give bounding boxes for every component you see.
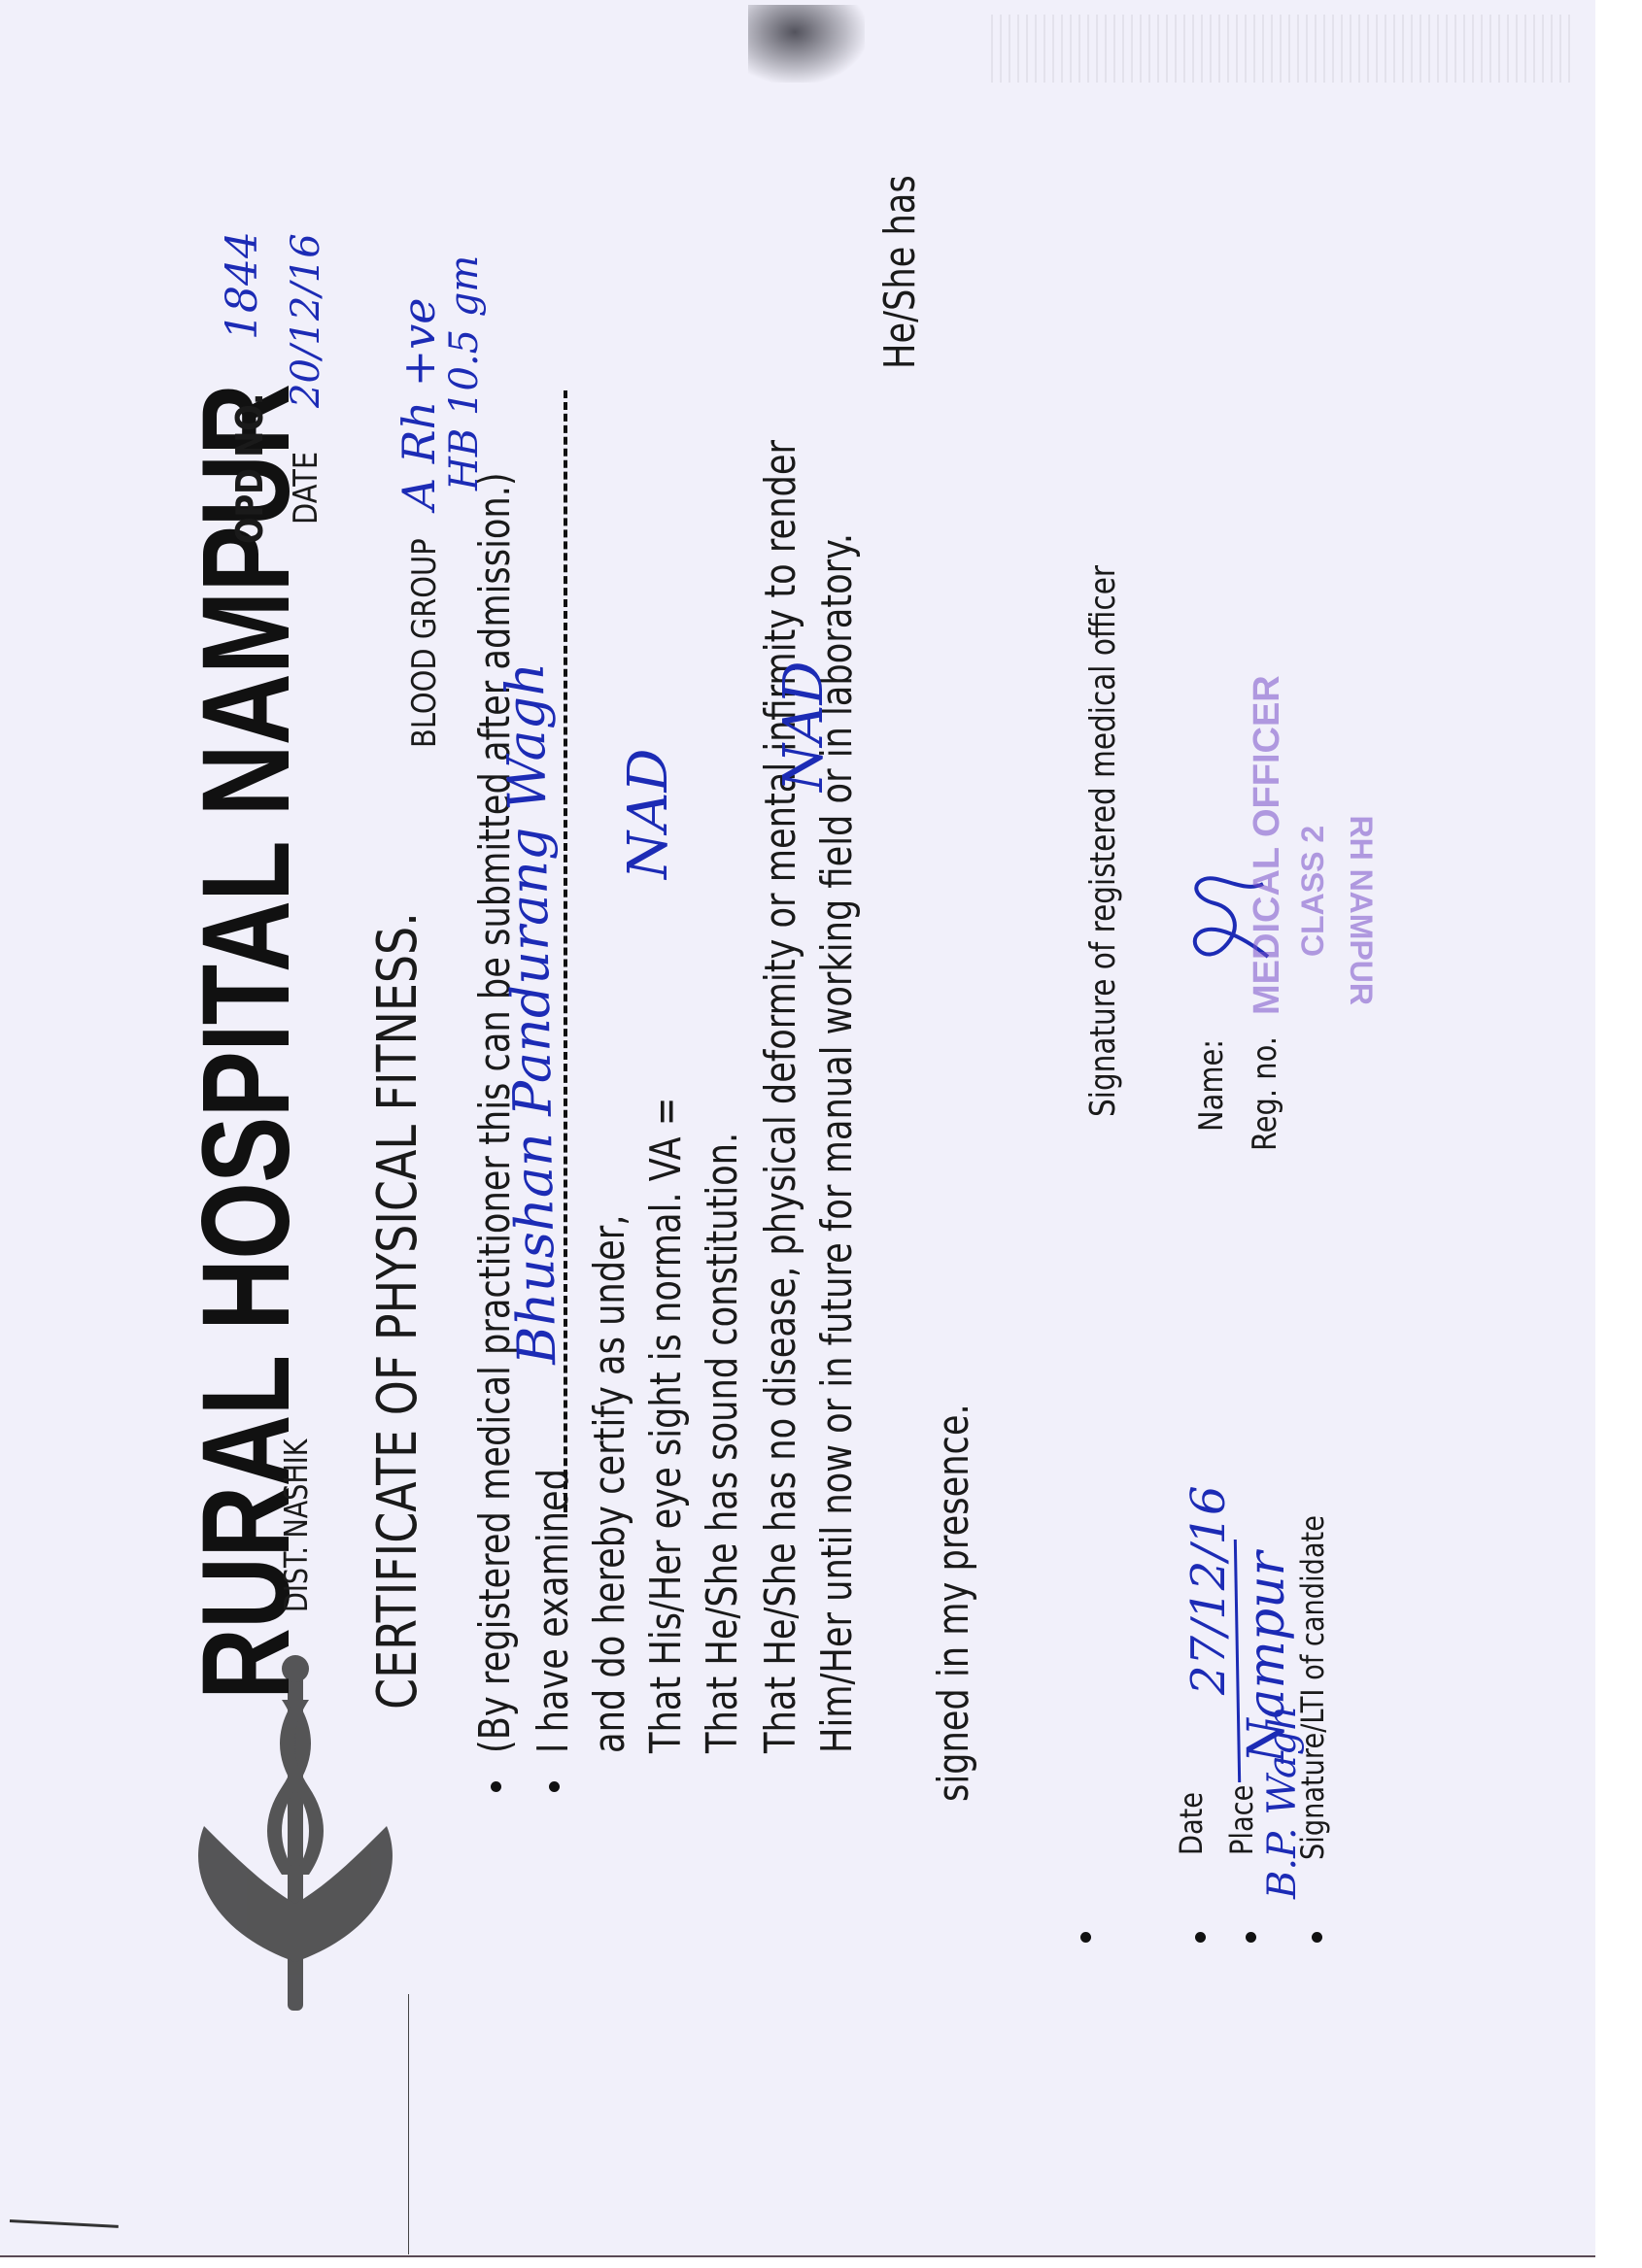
opd-number-value: 1844 bbox=[222, 231, 264, 340]
certificate-document: RURAL HOSPITAL NAMPUR DIST. NASHIK OPD N… bbox=[0, 0, 1642, 2268]
bullet-2 bbox=[549, 1781, 560, 1792]
candidate-name-handwritten: Bhushan Pandurang Wagh bbox=[499, 662, 564, 1366]
certificate-title: CERTIFICATE OF PHYSICAL FITNESS. bbox=[371, 912, 426, 1709]
candidate-signature-label: Signature/LTI of candidate bbox=[1297, 1515, 1328, 1860]
bullet-3 bbox=[1080, 1932, 1091, 1943]
opd-number-label: OPD NO. bbox=[231, 393, 268, 544]
visual-acuity-value: NAD bbox=[622, 749, 676, 879]
candidate-date-value: 27/12/16 bbox=[1185, 1485, 1232, 1695]
blood-group-value: A Rh +ve bbox=[396, 298, 441, 510]
date-value: 20/12/16 bbox=[287, 233, 325, 408]
stamp-class: CLASS 2 bbox=[1297, 826, 1328, 957]
bullet-4 bbox=[1195, 1932, 1206, 1943]
bullet-1 bbox=[491, 1781, 501, 1792]
officer-reg-label: Reg. no. bbox=[1249, 1036, 1282, 1151]
he-she-has-text: He/She has bbox=[879, 175, 922, 369]
signed-in-presence-text: signed in my presence. bbox=[933, 1404, 975, 1802]
officer-name-label: Name: bbox=[1195, 1039, 1228, 1132]
stamp-hospital: RH NAMPUR bbox=[1346, 815, 1377, 1005]
date-label: DATE bbox=[290, 452, 323, 525]
candidate-place-label: Place bbox=[1226, 1785, 1257, 1855]
disease-line: That He/She has no disease, physical def… bbox=[760, 440, 803, 1753]
bullet-6 bbox=[1312, 1932, 1322, 1943]
officer-signature-label: Signature of registered medical officer bbox=[1086, 565, 1121, 1117]
nad-handwritten: NAD bbox=[777, 661, 832, 792]
candidate-date-label: Date bbox=[1176, 1792, 1207, 1855]
eyesight-line: That His/Her eye sight is normal. VA = bbox=[645, 1098, 688, 1753]
bullet-5 bbox=[1246, 1932, 1256, 1943]
stamp-medical-officer: MEDICAL OFFICER bbox=[1249, 675, 1285, 1015]
district-label: DIST. NASHIK bbox=[280, 1439, 312, 1612]
hemoglobin-value: HB 10.5 gm bbox=[445, 255, 484, 491]
blood-group-label: BLOOD GROUP bbox=[408, 538, 441, 748]
constitution-line: That He/She has sound constitution. bbox=[701, 1133, 744, 1753]
certify-line: and do hereby certify as under, bbox=[589, 1215, 632, 1753]
examined-line: I have examined bbox=[532, 1469, 575, 1753]
